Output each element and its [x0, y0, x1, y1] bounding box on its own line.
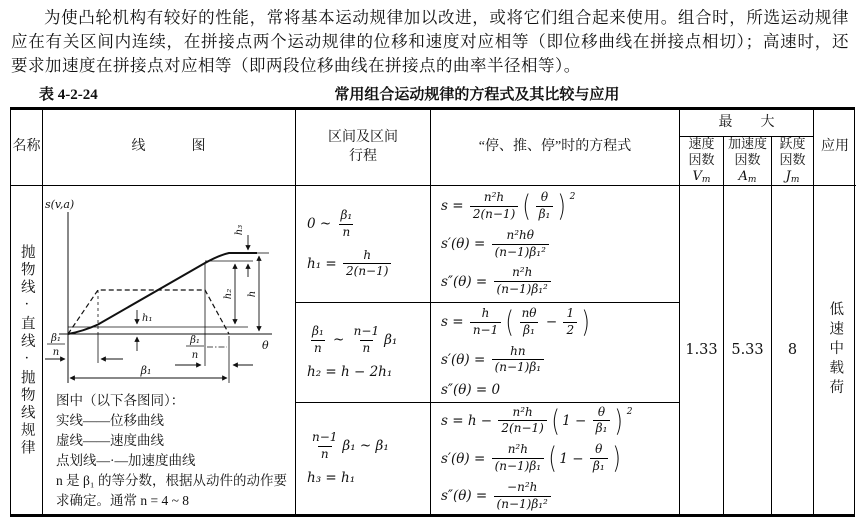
interval-range-1: 0 ~ β₁n	[307, 209, 357, 240]
diagram-h-label: h	[247, 291, 258, 297]
legend-line: 虚线——速度曲线	[56, 431, 295, 451]
equation-s-1: s = n²h2(n−1)(θβ₁)2	[441, 191, 575, 222]
header-acceleration-factor: 加速度 因数 Am	[724, 137, 772, 186]
legend-line: 图中（以下各图同）：	[56, 391, 295, 411]
equation-sdoubleprime-1: s″(θ) = n²h(n−1)β₁²	[441, 266, 553, 297]
table-number: 表 4-2-24	[39, 83, 98, 104]
interval-stroke-1: h₁ = h2(n−1)	[307, 249, 393, 280]
legend-line: 点划线—·—加速度曲线	[56, 451, 295, 471]
interval-range-3: n−1nβ₁ ~ β₁	[307, 431, 389, 462]
diagram-cell: s(v,a) θ h₁ h₂	[43, 186, 296, 514]
header-interval: 区间及区间 行程	[296, 110, 431, 186]
interval-cell-2: β₁n ~ n−1nβ₁ h₂ = h − 2h₁	[296, 303, 431, 403]
velocity-factor-value: 1.33	[680, 186, 724, 514]
interval-cell-1: 0 ~ β₁n h₁ = h2(n−1)	[296, 186, 431, 303]
diagram-h3-label: h₃	[234, 225, 245, 235]
diagram-beta1-label: β₁	[140, 364, 152, 377]
header-diagram: 线 图	[43, 110, 296, 186]
diagram-x-axis-label: θ	[262, 339, 269, 352]
equation-s-3: s = h − n²h2(n−1)(1 − θβ₁)2	[441, 406, 632, 437]
diagram-h2-label: h₂	[223, 289, 234, 299]
application-value-cell: 低速中载荷	[814, 186, 856, 514]
book-page: 为使凸轮机构有较好的性能，常将基本运动规律加以改进，或将它们组合起来使用。组合时…	[0, 0, 857, 523]
interval-stroke-2: h₂ = h − 2h₁	[307, 364, 392, 380]
equation-sdoubleprime-2: s″(θ) = 0	[441, 382, 500, 398]
motion-law-name: 抛物线·直线·抛物线规律	[19, 244, 34, 457]
diagram-right-fraction-denominator: n	[192, 350, 198, 361]
application-value: 低速中载荷	[828, 301, 843, 399]
table-title: 常用组合运动规律的方程式及其比较与应用	[98, 83, 856, 104]
header-velocity-factor: 速度 因数 Vm	[680, 137, 724, 186]
diagram-h1-label: h₁	[142, 313, 152, 324]
table-caption: 表 4-2-24 常用组合运动规律的方程式及其比较与应用	[11, 83, 856, 104]
header-max-group: 最 大	[680, 110, 814, 137]
interval-range-2: β₁n ~ n−1nβ₁	[307, 325, 397, 356]
diagram-y-axis-label: s(v,a)	[45, 198, 74, 211]
jerk-factor-value: 8	[772, 186, 814, 514]
equation-cell-3: s = h − n²h2(n−1)(1 − θβ₁)2 s′(θ) = n²h(…	[431, 403, 680, 514]
name-cell: 抛物线·直线·抛物线规律	[11, 186, 43, 514]
equation-s-2: s = hn−1(nθβ₁ − 12)	[441, 307, 592, 338]
header-equations: “停、推、停”时的方程式	[431, 110, 680, 186]
legend-line: 实线——位移曲线	[56, 411, 295, 431]
header-jerk-factor: 跃度 因数 Jm	[772, 137, 814, 186]
interval-stroke-3: h₃ = h₁	[307, 470, 355, 486]
diagram-right-fraction-numerator: β₁	[189, 335, 200, 346]
diagram-note: n 是 β₁ 的等分数，根据从动件的动作要求确定。通常 n = 4 ~ 8	[56, 471, 295, 511]
equation-sprime-1: s′(θ) = n²hθ(n−1)β₁²	[441, 229, 551, 260]
diagram-left-fraction-numerator: β₁	[50, 333, 61, 344]
header-name: 名称	[11, 110, 43, 186]
motion-law-table: 名称 线 图 区间及区间 行程 “停、推、停”时的方程式 最 大 速度 因数 V…	[10, 107, 855, 517]
interval-cell-3: n−1nβ₁ ~ β₁ h₃ = h₁	[296, 403, 431, 514]
intro-paragraph: 为使凸轮机构有较好的性能，常将基本运动规律加以改进，或将它们组合起来使用。组合时…	[11, 6, 849, 78]
equation-sprime-3: s′(θ) = n²h(n−1)β₁(1 − θβ₁)	[441, 443, 623, 474]
motion-curve-diagram: s(v,a) θ h₁ h₂	[43, 188, 296, 390]
equation-cell-2: s = hn−1(nθβ₁ − 12) s′(θ) = hn(n−1)β₁ s″…	[431, 303, 680, 403]
diagram-left-fraction-denominator: n	[53, 347, 59, 358]
header-application: 应用	[814, 110, 856, 186]
diagram-legend: 图中（以下各图同）： 实线——位移曲线 虚线——速度曲线 点划线—·—加速度曲线…	[43, 391, 295, 511]
equation-sdoubleprime-3: s″(θ) = −n²h(n−1)β₁²	[441, 481, 553, 512]
equation-cell-1: s = n²h2(n−1)(θβ₁)2 s′(θ) = n²hθ(n−1)β₁²…	[431, 186, 680, 303]
acceleration-factor-value: 5.33	[724, 186, 772, 514]
equation-sprime-2: s′(θ) = hn(n−1)β₁	[441, 345, 546, 376]
